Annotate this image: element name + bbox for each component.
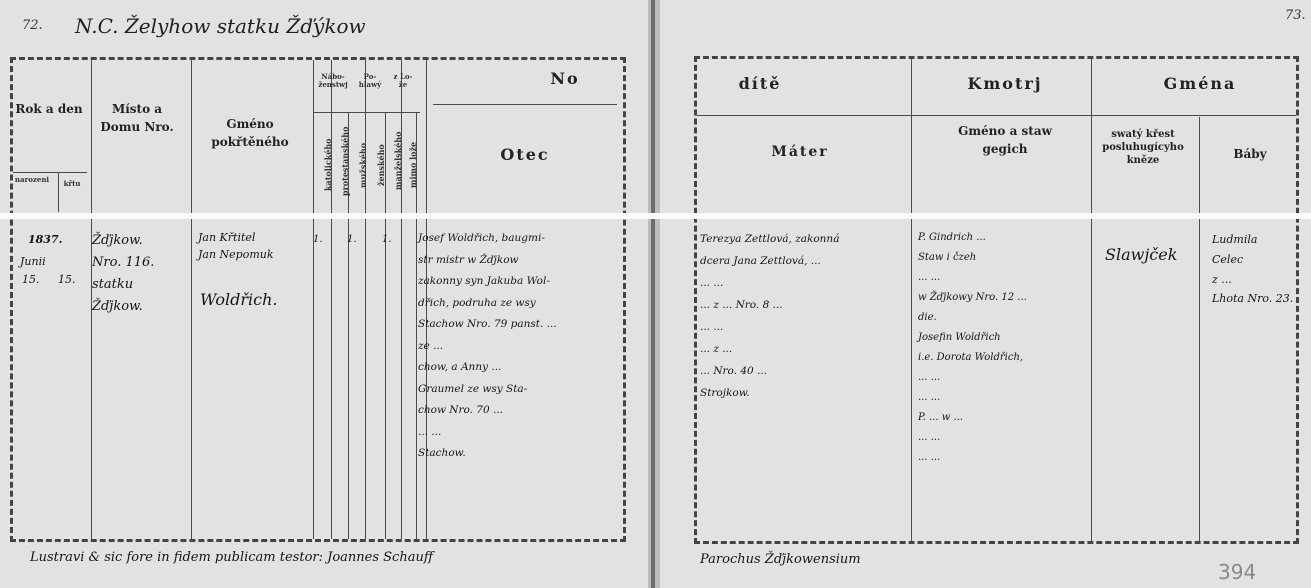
header-kmotrj: Kmotrj	[915, 72, 1095, 96]
header-otec: Otec	[470, 143, 580, 167]
header-rok-a-den: Rok a den	[14, 100, 84, 118]
header-gmena: Gména	[1120, 72, 1280, 96]
entry-child-name: Jan Křtitel Jan Nepomuk	[198, 230, 274, 263]
header-z-loze: z Lo-že	[390, 73, 416, 88]
header-misto: Místo a Domu Nro.	[92, 100, 182, 136]
header-sub-narozeni: narozeni	[12, 176, 52, 184]
scan-split-bar	[0, 213, 1311, 219]
gutter-fold	[651, 0, 655, 588]
entry-year: 1837.	[28, 230, 62, 251]
header-baby: Báby	[1205, 145, 1295, 163]
entry-day-baptism: 15.	[58, 270, 76, 291]
left-footer-attestation: Lustravi & sic fore in fidem publicam te…	[30, 546, 433, 571]
header-kneze: swatý křest posluhugícyho kněze	[1093, 128, 1193, 167]
header-sub-krtu: křtu	[57, 180, 87, 188]
header-mater: Máter	[720, 142, 880, 163]
header-mimo-loze: mimo lože	[408, 120, 418, 210]
entry-day-birth: 15.	[22, 270, 40, 291]
right-footer-parochus: Parochus Žďjkowensium	[700, 548, 861, 573]
header-gmeno-a-staw: Gméno a staw gegich	[935, 122, 1075, 158]
entry-place: Žďjkow. Nro. 116. statku Žďjkow.	[92, 230, 154, 318]
entry-priest: Slawjček	[1105, 240, 1177, 270]
header-gmeno-pokrteneho: Gméno pokřtěného	[195, 115, 305, 151]
header-nabozenstwj: Nábo-ženstwj	[318, 73, 348, 88]
left-page-number: 72.	[22, 18, 43, 33]
mark-muzske: 1.	[347, 230, 357, 249]
archive-number: 394	[1218, 560, 1256, 584]
header-protestanske: protestanského	[340, 112, 350, 210]
header-dite: dítě	[720, 72, 800, 96]
header-manzelske: manželského	[393, 112, 403, 210]
entry-mother: Terezya Zettlová, zakonná dcera Jana Zet…	[700, 228, 839, 404]
parish-heading: N.C. Želyhow statku Žďýkow	[75, 14, 366, 38]
header-no: No	[520, 67, 610, 91]
header-katolicke: katolického	[323, 120, 333, 210]
mark-katolicke: 1.	[313, 230, 323, 249]
entry-father: Josef Woldřich, baugmi- str mistr w Žďjk…	[418, 228, 557, 465]
header-pohlawy: Po-hlawý	[354, 73, 386, 88]
header-muzske: mužského	[358, 120, 368, 210]
entry-child-surname: Woldřich.	[200, 285, 277, 315]
right-page-number: 73.	[1285, 8, 1306, 23]
header-zenske: ženského	[376, 120, 386, 210]
entry-godparents: P. Gindrich ... Staw i čzeh ... ... w Žď…	[918, 228, 1027, 468]
mark-manzelske: 1.	[382, 230, 392, 249]
entry-midwife: Ludmila Celec z ... Lhota Nro. 23.	[1212, 230, 1293, 309]
